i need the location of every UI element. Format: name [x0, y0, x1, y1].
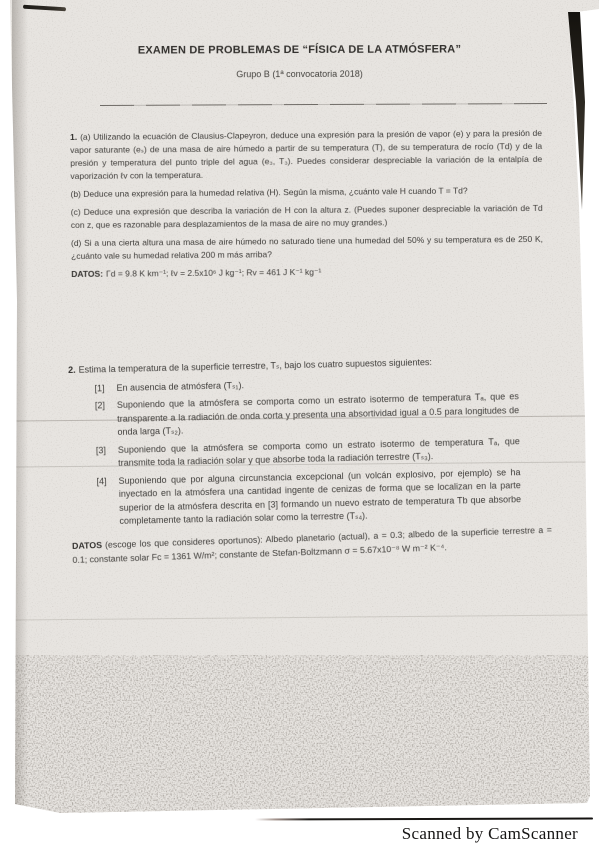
item-label: [4] [96, 474, 119, 528]
problem1-part-c: (c) Deduce una expresión que describa la… [71, 202, 543, 232]
page-edge-shadow [12, 0, 28, 810]
problem2-item: [2] Suponiendo que la atmósfera se compo… [95, 390, 520, 440]
camscanner-watermark: Scanned by CamScanner [402, 824, 578, 844]
problem2-number: 2. [68, 365, 76, 375]
problem2-item: [4] Suponiendo que por alguna circunstan… [96, 466, 521, 529]
footer-divider [255, 818, 593, 821]
item-label: [3] [96, 443, 119, 470]
page-title: EXAMEN DE PROBLEMAS DE “FÍSICA DE LA ATM… [0, 43, 599, 57]
problem2-item: [3] Suponiendo que la atmósfera se compo… [96, 435, 520, 471]
page-subtitle: Grupo B (1ª convocatoria 2018) [0, 68, 599, 80]
paper-sheet: EXAMEN DE PROBLEMAS DE “FÍSICA DE LA ATM… [0, 0, 599, 820]
item-text: Suponiendo que la atmósfera se comporta … [118, 435, 520, 471]
exam-header: EXAMEN DE PROBLEMAS DE “FÍSICA DE LA ATM… [0, 43, 599, 80]
item-label: [2] [95, 399, 118, 440]
scanned-exam-page: EXAMEN DE PROBLEMAS DE “FÍSICA DE LA ATM… [0, 0, 599, 848]
problem1-section: 1.(a) Utilizando la ecuación de Clausius… [70, 127, 543, 286]
problem2-item-list: [1] En ausencia de atmósfera (Tₛ₁). [2] … [68, 373, 521, 530]
item-label: [1] [94, 381, 116, 395]
datos-label: DATOS: [71, 269, 103, 279]
item-text: Suponiendo que la atmósfera se comporta … [117, 390, 520, 439]
problem1-intro: 1.(a) Utilizando la ecuación de Clausius… [70, 127, 542, 183]
problem1-part-d: (d) Si a una cierta altura una masa de a… [71, 233, 543, 263]
problem2-section: 2.Estima la temperatura de la superficie… [68, 354, 550, 567]
problem1-part-b: (b) Deduce una expresión para la humedad… [70, 184, 542, 201]
problem1-number: 1. [70, 132, 77, 142]
datos-label: DATOS [72, 539, 102, 550]
item-text: Suponiendo que por alguna circunstancia … [118, 466, 521, 529]
problem1-datos: DATOS:Γd = 9.8 K km⁻¹; ℓv = 2.5x10⁶ J kg… [71, 264, 543, 281]
